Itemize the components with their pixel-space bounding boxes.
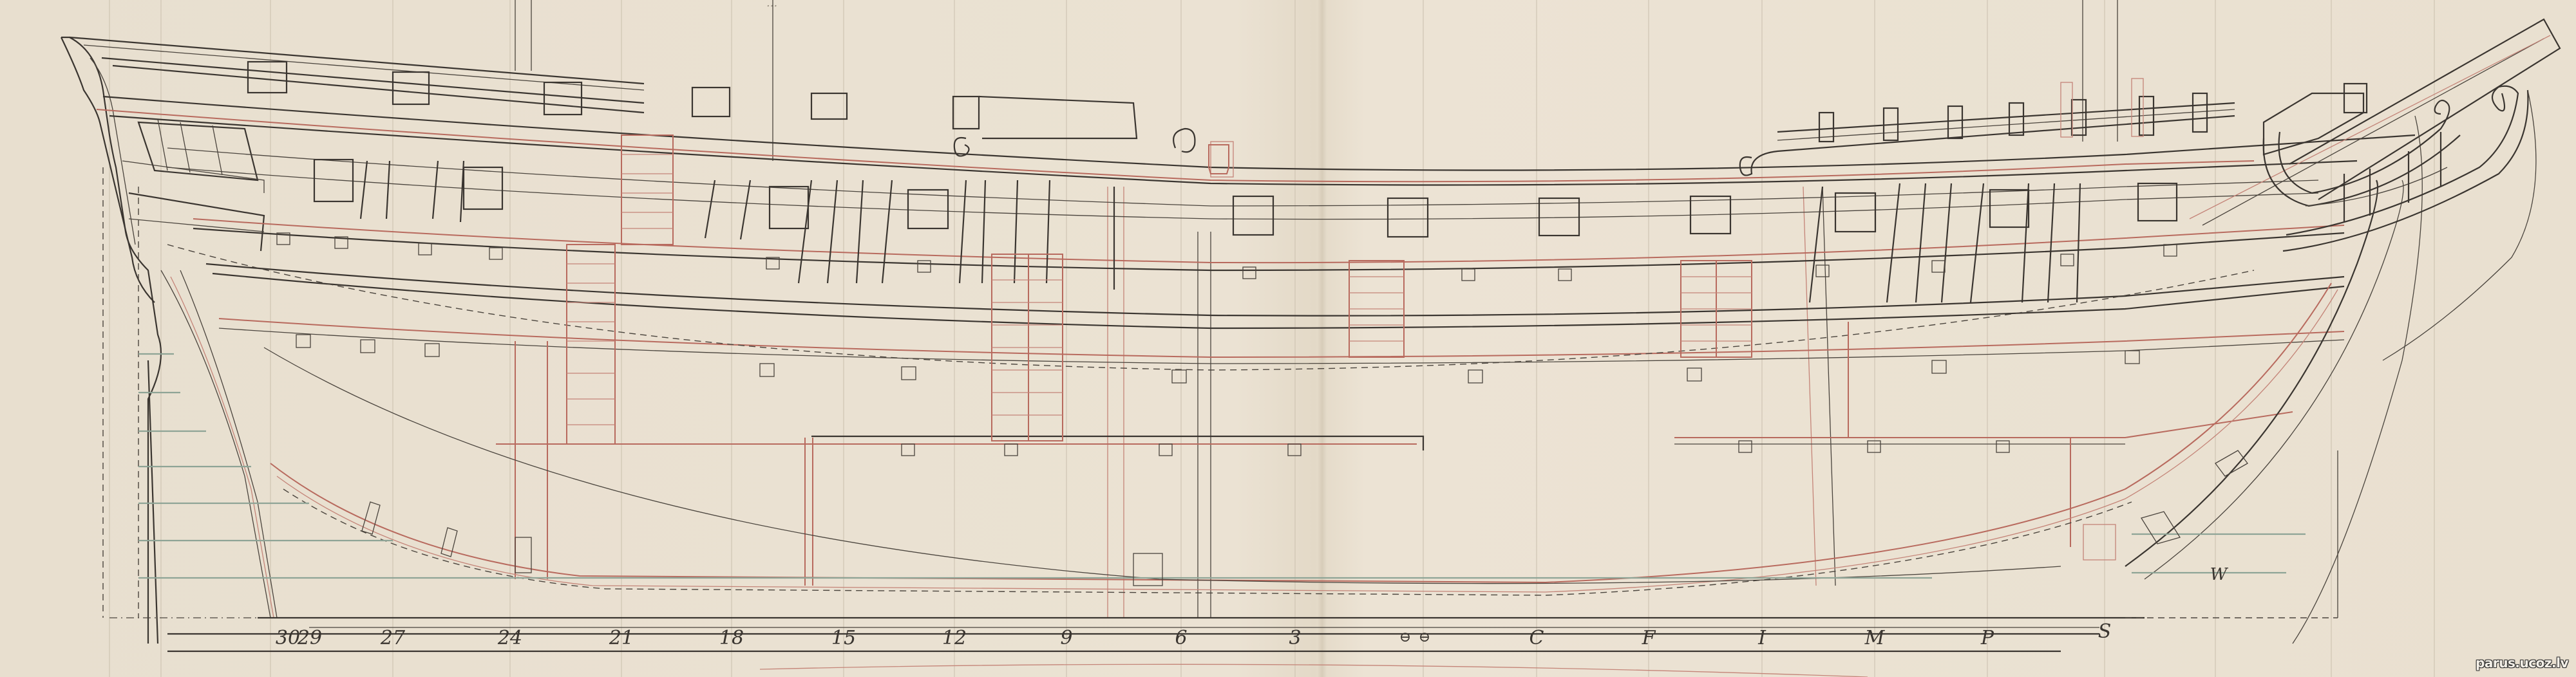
quarterdeck-rail	[248, 62, 1195, 156]
forecastle	[1740, 79, 2367, 175]
ladder-aft-lower	[567, 245, 615, 444]
frame-label-9: 9	[1060, 627, 1072, 649]
frame-label-C: C	[1529, 627, 1544, 649]
gunports	[314, 160, 2177, 237]
frame-label-30: 30	[276, 627, 300, 649]
frame-label-21: 21	[609, 627, 634, 649]
deck-stanchions	[361, 161, 2080, 302]
frame-label-S: S	[2098, 620, 2112, 643]
deck-beams	[277, 233, 2177, 456]
frame-label-29: 29	[298, 627, 322, 649]
ladder-fore	[1681, 261, 1752, 357]
frame-label-27: 27	[381, 627, 405, 649]
waterlines	[138, 354, 2306, 578]
ladder-waist	[1349, 261, 1404, 357]
drawing-sheet: ...	[0, 0, 2576, 677]
bow-head	[2190, 19, 2560, 360]
watermark: parus.ucoz.lv	[2476, 655, 2568, 671]
frame-label-3: 3	[1289, 627, 1301, 649]
frame-label-I: I	[1758, 627, 1766, 649]
frame-label-18: 18	[719, 627, 744, 649]
ladders	[567, 135, 1752, 444]
frame-label-24: 24	[498, 627, 522, 649]
frame-label-12: 12	[942, 627, 967, 649]
hull-bottom	[109, 116, 2422, 677]
frame-label-midship-1: ⊖	[1399, 629, 1411, 645]
frame-label-6: 6	[1175, 627, 1187, 649]
masts	[515, 0, 2117, 618]
sheer-lines	[97, 97, 2415, 586]
ship-plan	[0, 0, 2576, 677]
frame-label-midship-2: ⊖	[1419, 629, 1430, 645]
frame-label-P: P	[1981, 627, 1994, 649]
stem-label-W: W	[2210, 565, 2228, 584]
frame-label-15: 15	[831, 627, 856, 649]
ladder-main	[992, 254, 1063, 441]
frame-label-M: M	[1865, 627, 1885, 649]
frame-label-F: F	[1642, 627, 1656, 649]
